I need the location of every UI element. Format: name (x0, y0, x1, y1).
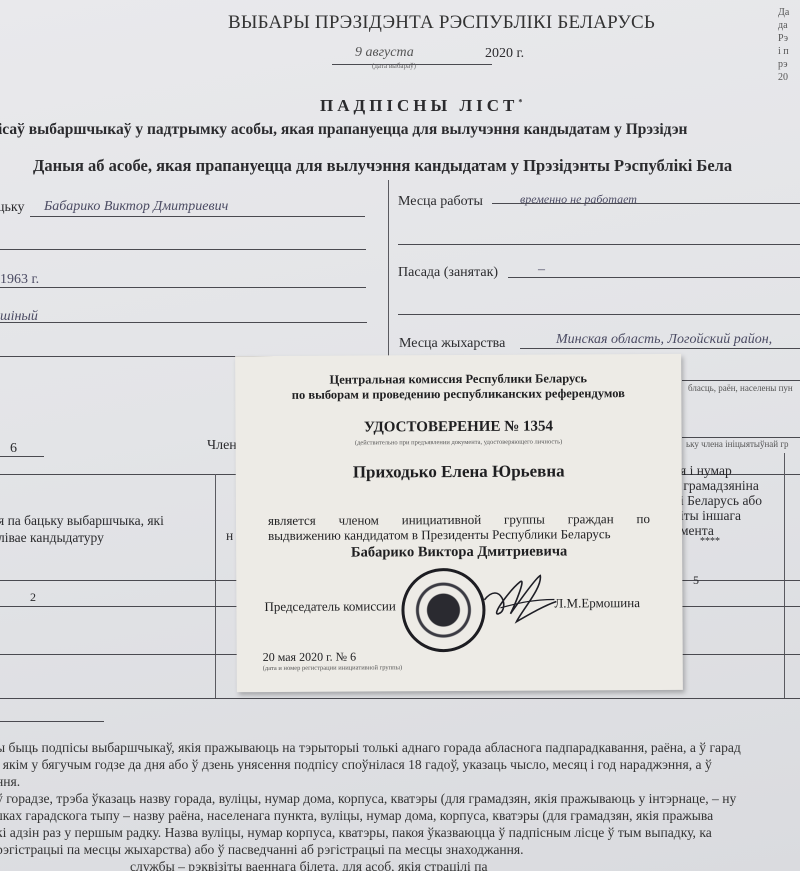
side-note-fragment: Да да Рэ і п рэ 20 (778, 6, 789, 84)
field-residence-value: Минская область, Логойский район, (556, 332, 772, 348)
field-full-name-value: Бабарико Виктор Дмитриевич (44, 199, 228, 215)
field-line (0, 456, 44, 457)
member-hint-fragment: ьку члена ініцыятыўнай гр (686, 439, 789, 449)
certificate-candidate-name: Бабарико Виктора Дмитриевича (236, 543, 682, 562)
field-line (398, 314, 800, 315)
field-line (682, 380, 800, 381)
footnote-line: рэгістрацыі па месцы жыхарства) або ў па… (0, 841, 524, 858)
footnote-line: ы быць подпісы выбаршчыкаў, якія пражыва… (0, 739, 741, 756)
certificate-title: УДОСТОВЕРЕНИЕ № 1354 (235, 418, 681, 437)
field-line (0, 249, 366, 250)
election-date: 9 августа (355, 45, 414, 61)
certificate-body-line2: выдвижению кандидатом в Президенты Респу… (268, 526, 611, 544)
election-title: ВЫБАРЫ ПРЭЗІДЭНТА РЭСПУБЛІКІ БЕЛАРУСЬ (228, 12, 655, 34)
election-date-hint: (дата выбараў) (372, 62, 416, 70)
table-col2-header: я па бацьку выбаршчыка, які лівае кандыд… (0, 512, 164, 546)
member-label-fragment: Член (207, 438, 237, 454)
footnote-line: лках гарадскога тыпу – назву раёна, насе… (0, 807, 713, 824)
field-line (30, 216, 365, 217)
sheet-title-text: ПАДПІСНЫ ЛІСТ (320, 96, 518, 115)
election-date-value: 9 августа (355, 45, 414, 60)
table-col3-header-fragment: н (226, 528, 233, 544)
row-count-value: 6 (10, 441, 17, 457)
field-line (0, 287, 366, 288)
footnote-separator (0, 721, 104, 722)
field-birth-year-value: 1963 г. (0, 272, 39, 288)
field-full-name-label: цьку (0, 200, 24, 216)
field-position-label: Пасада (занятак) (398, 265, 498, 281)
footnote-line: ў горадзе, трэба ўказаць назву горада, в… (0, 790, 736, 807)
table-col5-header: я і нумар грамадзяніна і Беларусь або іт… (680, 463, 762, 538)
section-column-divider (388, 180, 389, 360)
table-row-border (0, 698, 800, 699)
footnote-line: , якім у бягучым годзе да дня або ў дзен… (0, 756, 712, 773)
certificate-chair-label: Председатель комиссии (264, 598, 395, 615)
footnote-line: кі адзін раз у першым радку. Назва вуліц… (0, 824, 712, 841)
field-position-value: – (538, 262, 545, 278)
field-line (492, 203, 800, 204)
footnote-line: службы – рэквізіты ваеннага білета, для … (130, 858, 488, 871)
signature-icon (480, 569, 558, 627)
field-workplace-value: временно не работает (520, 192, 637, 207)
sheet-subtitle: ісаў выбаршчыкаў у падтрымку асобы, якая… (0, 121, 688, 139)
field-line (398, 244, 800, 245)
table-col5-footnote-mark: **** (700, 536, 720, 547)
footnote-line: ння. (0, 773, 20, 790)
table-col2-number: 2 (30, 590, 36, 605)
membership-certificate-card: Центральная комиссия Республики Беларусь… (235, 354, 683, 692)
sheet-title-footnote-mark: * (518, 97, 526, 106)
certificate-chair-name: Л.М.Ермошина (554, 595, 640, 611)
certificate-registration: 20 мая 2020 г. № 6 (263, 650, 356, 665)
candidate-section-title: Даныя аб асобе, якая прапануецца для выл… (33, 156, 732, 176)
certificate-issuer: Центральная комиссия Республики Беларусь… (235, 371, 681, 403)
sheet-title: ПАДПІСНЫ ЛІСТ* (320, 96, 526, 116)
table-col5-number: 5 (693, 573, 699, 588)
address-hint-fragment: бласць, раён, населены пун (688, 383, 793, 393)
certificate-title-hint: (действительно при предъявлении документ… (236, 438, 682, 447)
field-residence-label: Месца жыхарства (399, 336, 505, 352)
table-column-divider (215, 474, 216, 698)
field-line (520, 348, 800, 349)
field-line (508, 277, 800, 278)
certificate-holder-name: Приходько Елена Юрьевна (236, 461, 682, 483)
certificate-registration-hint: (дата и номер регистрации инициативной г… (263, 664, 402, 672)
election-year: 2020 г. (485, 46, 524, 62)
certificate-issuer-line2: по выборам и проведению республиканских … (235, 386, 681, 403)
field-line (0, 322, 367, 323)
field-workplace-label: Месца работы (398, 194, 483, 210)
table-column-divider (784, 453, 785, 698)
official-seal-icon (401, 568, 485, 652)
field-line (682, 437, 800, 438)
